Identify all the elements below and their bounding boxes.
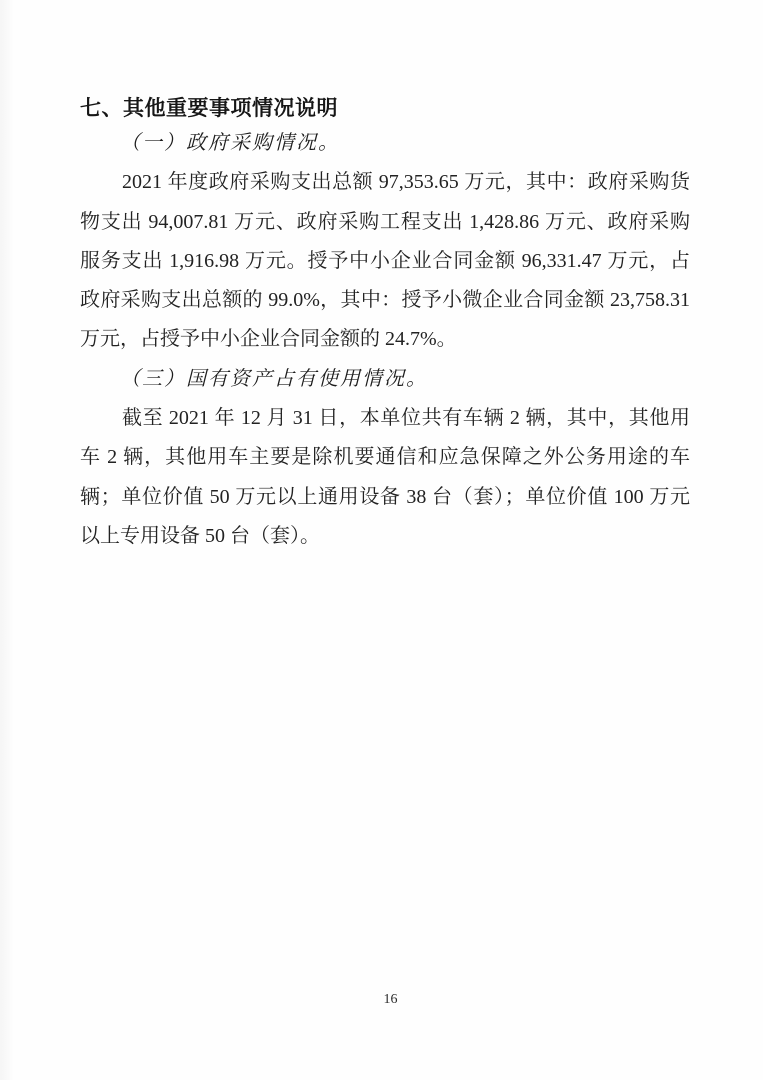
document-heading: 七、其他重要事项情况说明: [80, 89, 690, 128]
paragraph-line: 截至 2021 年 12 月 31 日，本单位共有车辆 2 辆，其中，其他用: [80, 399, 690, 438]
document-body: （一）政府采购情况。 2021 年度政府采购支出总额 97,353.65 万元，…: [80, 124, 690, 556]
document-page: 七、其他重要事项情况说明 （一）政府采购情况。 2021 年度政府采购支出总额 …: [0, 0, 763, 1080]
paragraph-line: 车 2 辆，其他用车主要是除机要通信和应急保障之外公务用途的车: [80, 438, 690, 477]
page-number: 16: [0, 992, 763, 1008]
paragraph-line: 辆；单位价值 50 万元以上通用设备 38 台（套）；单位价值 100 万元: [80, 478, 690, 517]
paragraph-line: 政府采购支出总额的 99.0%，其中：授予小微企业合同金额 23,758.31: [80, 281, 690, 320]
paragraph-line: 以上专用设备 50 台（套）。: [80, 517, 690, 556]
paragraph-line: 2021 年度政府采购支出总额 97,353.65 万元，其中：政府采购货: [80, 163, 690, 202]
paragraph-line: 物支出 94,007.81 万元、政府采购工程支出 1,428.86 万元、政府…: [80, 203, 690, 242]
subsection-heading-state-assets: （三）国有资产占有使用情况。: [80, 360, 690, 399]
paragraph-line: 服务支出 1,916.98 万元。授予中小企业合同金额 96,331.47 万元…: [80, 242, 690, 281]
subsection-heading-procurement: （一）政府采购情况。: [80, 124, 690, 163]
paragraph-line: 万元，占授予中小企业合同金额的 24.7%。: [80, 320, 690, 359]
